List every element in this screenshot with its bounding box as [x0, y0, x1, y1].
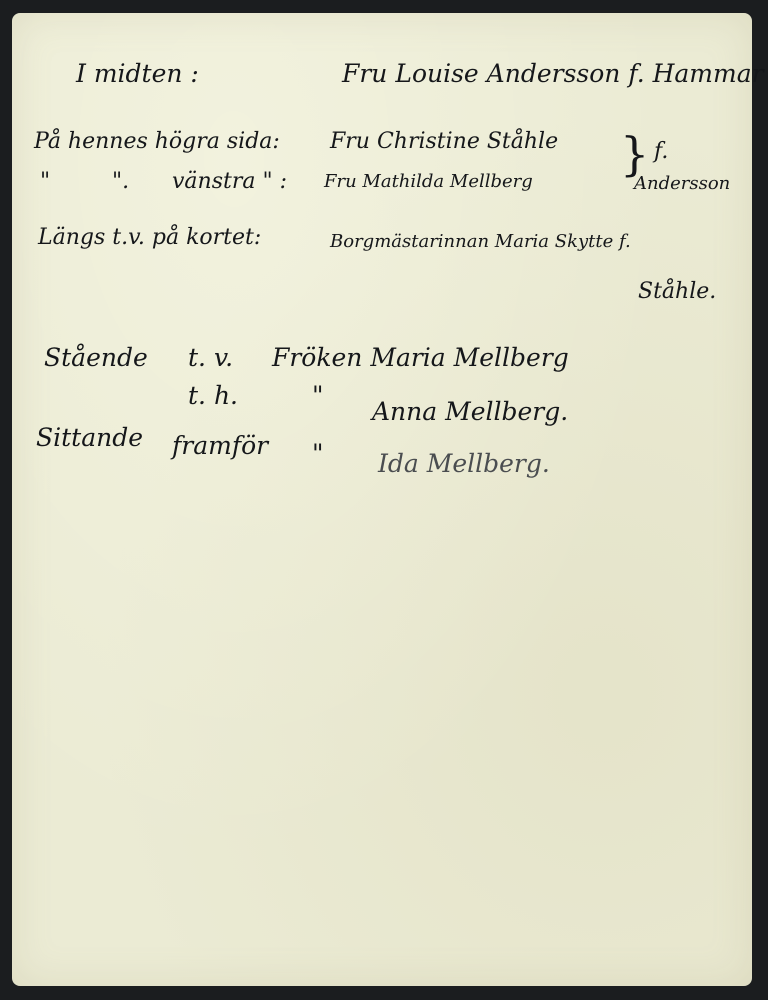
name-sitting: Ida Mellberg. — [378, 451, 550, 476]
label-standing: Stående — [44, 345, 148, 370]
label-along-table: Längs t.v. på kortet: — [38, 227, 261, 249]
ditto-mark: " — [312, 441, 324, 466]
photo-card-back: I midten : Fru Louise Andersson f. Hamma… — [12, 13, 752, 986]
maiden-surname: Andersson — [634, 175, 730, 193]
maiden-prefix: f. — [654, 141, 668, 163]
name-right-side: Fru Christine Ståhle — [330, 131, 558, 153]
label-right-side: På hennes högra sida: — [34, 131, 280, 153]
name-standing-left: Fröken Maria Mellberg — [272, 345, 569, 370]
bracket-icon: } — [620, 131, 649, 177]
ditto-mark: ". — [112, 171, 129, 193]
name-along-table: Borgmästarinnan Maria Skytte f. — [330, 233, 631, 251]
position-left: t. v. — [188, 345, 233, 370]
position-right: t. h. — [188, 383, 238, 408]
position-front: framför — [172, 433, 268, 458]
ditto-mark: " — [312, 383, 324, 408]
label-sitting: Sittande — [36, 425, 143, 450]
label-left-side: vänstra " : — [172, 171, 287, 193]
name-center: Fru Louise Andersson f. Hammar — [342, 61, 764, 86]
maiden-along-table: Ståhle. — [638, 281, 716, 303]
label-center: I midten : — [76, 61, 199, 86]
name-standing-right: Anna Mellberg. — [372, 399, 568, 424]
name-left-side: Fru Mathilda Mellberg — [324, 173, 533, 191]
ditto-mark: " — [40, 171, 50, 193]
